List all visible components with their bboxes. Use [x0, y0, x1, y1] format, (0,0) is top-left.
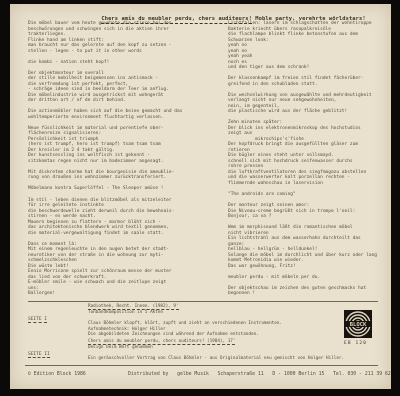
divider-line-top	[28, 301, 378, 302]
record-sleeve-back: Chers amis du meubler perdu, chers audit…	[10, 4, 391, 389]
block-logo-text: BLOCK	[350, 322, 367, 328]
distribution-line: Distributed by gelbe Musik Schaperstraße…	[128, 372, 391, 377]
side1-details: Tonbandkomposition in 5 Akten Claus Böhm…	[88, 310, 282, 337]
side1-label-wrap: SEITE I	[28, 305, 47, 324]
side1-label: SEITE I	[28, 317, 47, 323]
divider-line-bottom	[25, 365, 378, 366]
body-right-column: Lichtfallen: lasern im schlagschatten de…	[228, 21, 377, 297]
copyright-line: © Edition Block 1986	[28, 372, 86, 377]
side2-block: Chers amis du meubler perdu, chers audit…	[88, 339, 344, 362]
side2-label: SEITE II	[28, 352, 50, 358]
side1-block: Radiothek, Recht. Innen. (1982), 9' Tonb…	[88, 304, 282, 337]
side2-label-wrap: SEITE II	[28, 340, 50, 359]
edition-block-logo-icon: BLOCK	[344, 310, 372, 338]
catalog-number: EB 120	[344, 341, 367, 346]
body-left-column: Die möbel bauer vom heute gewohnte die s…	[28, 21, 182, 297]
side2-details: Design beim Wort genommen Ein geräuschvo…	[88, 345, 344, 361]
